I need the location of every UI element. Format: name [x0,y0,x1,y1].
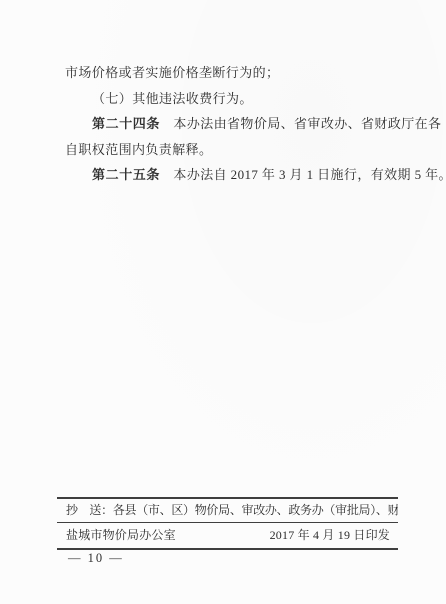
body-line: 自职权范围内负责解释。 [65,137,430,163]
body-line: 第二十四条 本办法由省物价局、省审改办、省财政厅在各 [65,111,430,137]
issuer-row: 盐城市物价局办公室 2017 年 4 月 19 日印发 [57,523,398,548]
document-body: 市场价格或者实施价格垄断行为的； （七）其他违法收费行为。 第二十四条 本办法由… [65,60,430,188]
scanned-document-page: 市场价格或者实施价格垄断行为的； （七）其他违法收费行为。 第二十四条 本办法由… [0,0,446,604]
distribution-colophon-table: 抄 送：各县（市、区）物价局、审改办、政务办（审批局）、财政局。 盐城市物价局办… [57,497,398,550]
print-date: 2017 年 4 月 19 日印发 [270,523,390,548]
copy-to-row: 抄 送：各县（市、区）物价局、审改办、政务办（审批局）、财政局。 [57,499,398,523]
body-line: （七）其他违法收费行为。 [65,86,430,112]
body-line-text: 本办法自 2017 年 3 月 1 日施行，有效期 5 年。 [160,167,446,182]
body-line-text: 自职权范围内负责解释。 [65,142,212,157]
body-line-text: 本办法由省物价局、省审改办、省财政厅在各 [160,116,441,131]
body-line: 第二十五条 本办法自 2017 年 3 月 1 日施行，有效期 5 年。 [65,162,430,188]
body-line: 市场价格或者实施价格垄断行为的； [65,60,430,86]
issuing-office: 盐城市物价局办公室 [66,523,176,548]
page-number: — 10 — [68,551,124,566]
body-line-text: 市场价格或者实施价格垄断行为的； [65,65,279,80]
copy-to-list: 各县（市、区）物价局、审改办、政务办（审批局）、财政局。 [113,503,398,517]
copy-to-label: 抄 送： [66,503,113,517]
body-line-text: （七）其他违法收费行为。 [92,91,253,106]
clause-heading: 第二十五条 [92,167,160,182]
clause-heading: 第二十四条 [92,116,160,131]
